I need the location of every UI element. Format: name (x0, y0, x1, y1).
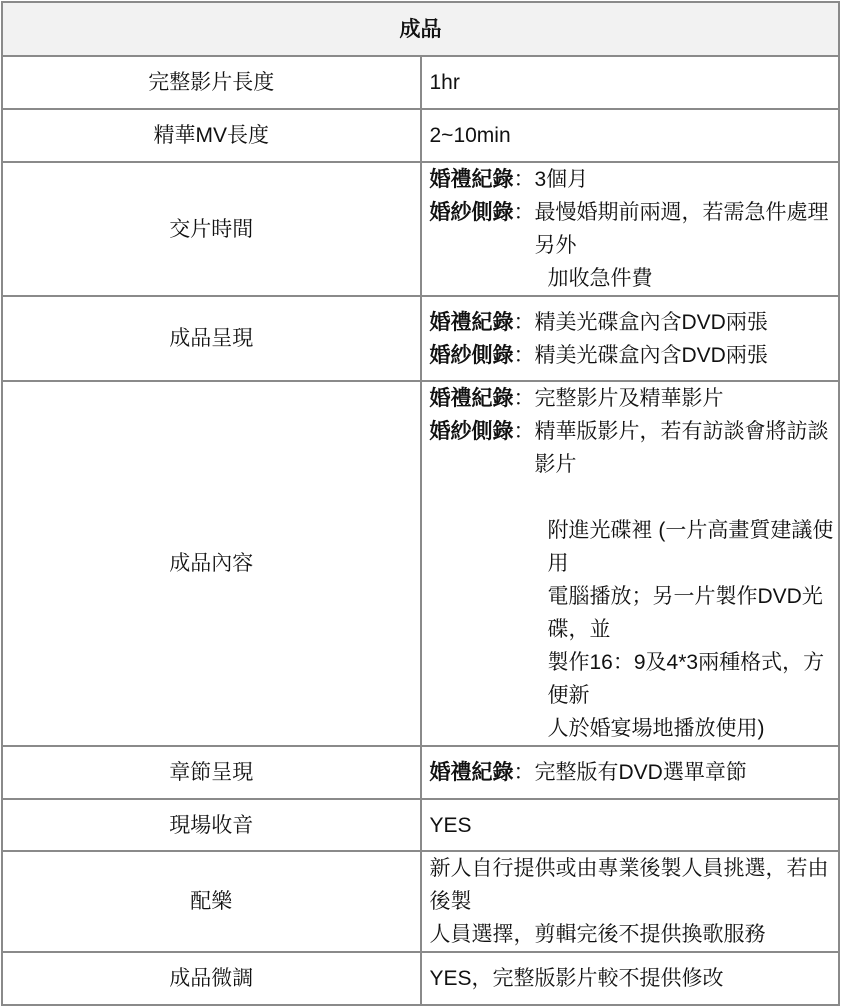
item-text: 完整版有DVD選單章節 (535, 756, 839, 789)
value-line: 婚紗側錄：最慢婚期前兩週，若需急件處理另外 (430, 196, 839, 262)
row-label: 配樂 (2, 851, 421, 952)
row-value: 2~10min (421, 109, 840, 162)
item-text: 精華版影片，若有訪談會將訪談影片 (535, 415, 839, 481)
table-row: 配樂 新人自行提供或由專業後製人員挑選，若由後製 人員選擇，剪輯完後不提供換歌服… (2, 851, 839, 952)
value-line: 婚紗側錄：精美光碟盒內含DVD兩張 (430, 339, 839, 372)
table-header-row: 成品 (2, 2, 839, 56)
value-line: 婚禮紀錄：完整影片及精華影片 (430, 382, 839, 415)
item-separator: ： (514, 415, 535, 481)
item-separator: ： (514, 196, 535, 262)
row-value: 婚禮紀錄：完整版有DVD選單章節 (421, 746, 840, 799)
value-line: 婚紗側錄：精華版影片，若有訪談會將訪談影片 (430, 415, 839, 481)
item-separator: ： (514, 306, 535, 339)
item-tag: 婚紗側錄 (430, 339, 514, 372)
extra-line: 附進光碟裡 (一片高畫質建議使用 (430, 514, 839, 580)
value-line: 新人自行提供或由專業後製人員挑選，若由後製 (430, 852, 839, 918)
table-row: 完整影片長度 1hr (2, 56, 839, 109)
item-tag: 婚禮紀錄 (430, 382, 514, 415)
row-value: 新人自行提供或由專業後製人員挑選，若由後製 人員選擇，剪輯完後不提供換歌服務 (421, 851, 840, 952)
item-tag: 婚紗側錄 (430, 196, 514, 262)
row-label: 交片時間 (2, 162, 421, 296)
value-line: 婚禮紀錄：精美光碟盒內含DVD兩張 (430, 306, 839, 339)
table-row: 成品內容 婚禮紀錄：完整影片及精華影片 婚紗側錄：精華版影片，若有訪談會將訪談影… (2, 381, 839, 746)
item-continuation: 加收急件費 (430, 262, 839, 295)
table-row: 成品呈現 婚禮紀錄：精美光碟盒內含DVD兩張 婚紗側錄：精美光碟盒內含DVD兩張 (2, 296, 839, 381)
table-row: 交片時間 婚禮紀錄：3個月 婚紗側錄：最慢婚期前兩週，若需急件處理另外 加收急件… (2, 162, 839, 296)
extra-line: 電腦播放；另一片製作DVD光碟，並 (430, 580, 839, 646)
table-title: 成品 (2, 2, 839, 56)
row-label: 完整影片長度 (2, 56, 421, 109)
item-tag: 婚紗側錄 (430, 415, 514, 481)
item-separator: ： (514, 163, 535, 196)
item-text: 最慢婚期前兩週，若需急件處理另外 (535, 196, 839, 262)
row-value: 婚禮紀錄：完整影片及精華影片 婚紗側錄：精華版影片，若有訪談會將訪談影片 附進光… (421, 381, 840, 746)
item-separator: ： (514, 756, 535, 789)
row-value: 婚禮紀錄：精美光碟盒內含DVD兩張 婚紗側錄：精美光碟盒內含DVD兩張 (421, 296, 840, 381)
row-value: 婚禮紀錄：3個月 婚紗側錄：最慢婚期前兩週，若需急件處理另外 加收急件費 (421, 162, 840, 296)
extra-line: 人於婚宴場地播放使用) (430, 712, 839, 745)
item-tag: 婚禮紀錄 (430, 756, 514, 789)
row-label: 成品內容 (2, 381, 421, 746)
item-tag: 婚禮紀錄 (430, 306, 514, 339)
item-text: 精美光碟盒內含DVD兩張 (535, 339, 839, 372)
item-separator: ： (514, 339, 535, 372)
table-row: 章節呈現 婚禮紀錄：完整版有DVD選單章節 (2, 746, 839, 799)
row-label: 章節呈現 (2, 746, 421, 799)
row-value: 1hr (421, 56, 840, 109)
item-text: 3個月 (535, 163, 839, 196)
extra-line: 製作16：9及4*3兩種格式，方便新 (430, 646, 839, 712)
product-spec-table: 成品 完整影片長度 1hr 精華MV長度 2~10min 交片時間 婚禮紀錄：3… (1, 1, 840, 1006)
row-label: 成品呈現 (2, 296, 421, 381)
row-value: YES，完整版影片較不提供修改 (421, 952, 840, 1005)
row-label: 精華MV長度 (2, 109, 421, 162)
table-row: 成品微調 YES，完整版影片較不提供修改 (2, 952, 839, 1005)
item-tag: 婚禮紀錄 (430, 163, 514, 196)
row-label: 現場收音 (2, 799, 421, 851)
value-line: 婚禮紀錄：完整版有DVD選單章節 (430, 756, 839, 789)
item-separator: ： (514, 382, 535, 415)
row-label: 成品微調 (2, 952, 421, 1005)
item-text: 完整影片及精華影片 (535, 382, 839, 415)
row-value: YES (421, 799, 840, 851)
blank-line (430, 481, 839, 514)
table-row: 現場收音 YES (2, 799, 839, 851)
value-line: 人員選擇，剪輯完後不提供換歌服務 (430, 918, 839, 951)
value-line: 婚禮紀錄：3個月 (430, 163, 839, 196)
item-text: 精美光碟盒內含DVD兩張 (535, 306, 839, 339)
table-row: 精華MV長度 2~10min (2, 109, 839, 162)
